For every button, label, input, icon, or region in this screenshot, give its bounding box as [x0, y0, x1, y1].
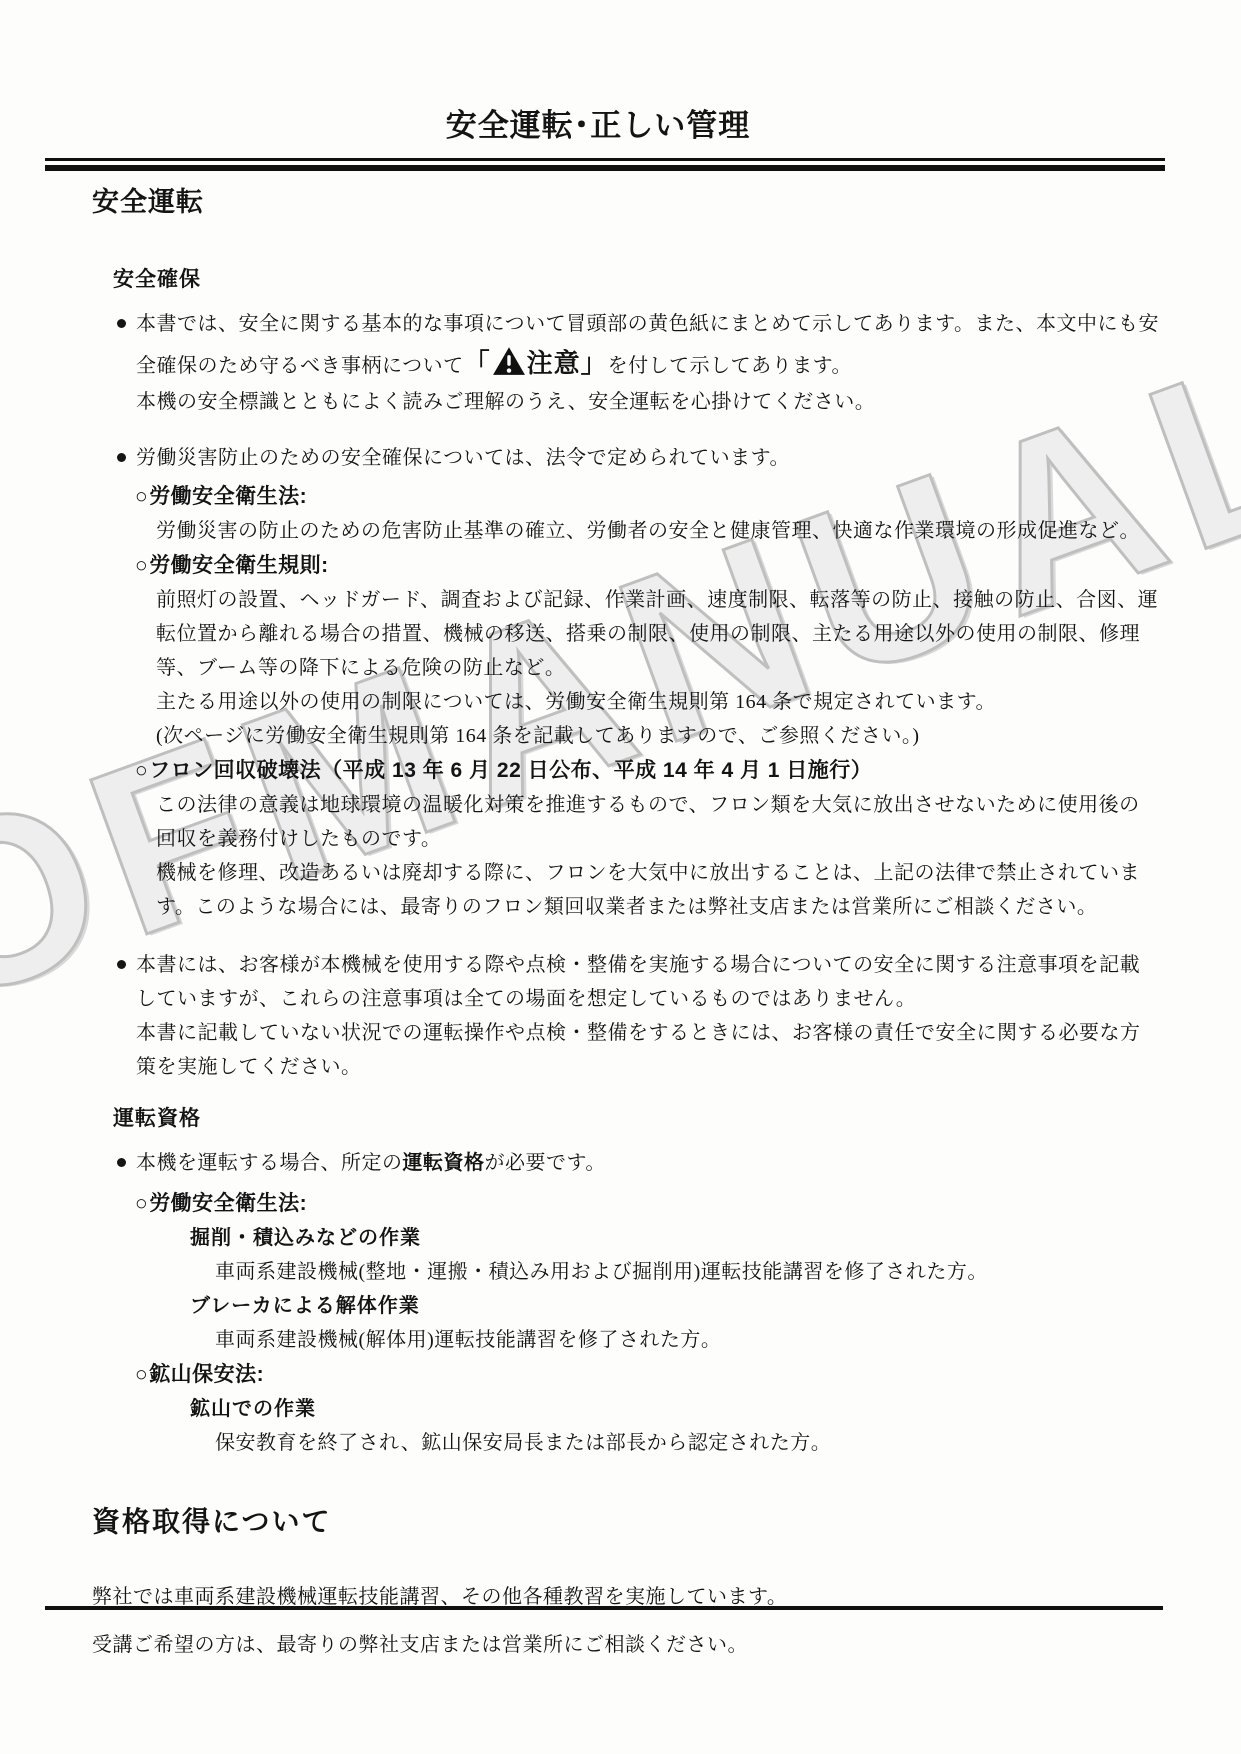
law-title-text: 労働安全衛生法: — [149, 485, 307, 508]
law-body: この法律の意義は地球環境の温暖化対策を推進するもので、フロン類を大気に放出させな… — [156, 788, 1160, 856]
law-item-industrial-safety-health-rules: ○労働安全衛生規則: — [135, 548, 1160, 583]
law-body: 前照灯の設置、ヘッドガード、調査および記録、作業計画、速度制限、転落等の防止、接… — [156, 583, 1160, 685]
law-body: 主たる用途以外の使用の制限については、労働安全衛生規則第 164 条で規定されて… — [156, 685, 1160, 719]
law-title-text: 労働安全衛生法: — [149, 1192, 307, 1215]
circle-marker-icon: ○ — [135, 1363, 148, 1386]
paragraph-text: 本機を運転する場合、所定の — [136, 1152, 403, 1174]
law-body: 労働災害の防止のための危害防止基準の確立、労働者の安全と健康管理、快適な作業環境… — [156, 514, 1160, 548]
open-bracket: 「 — [464, 348, 491, 378]
law-item-mine-safety-act: ○鉱山保安法: — [135, 1357, 1160, 1392]
close-bracket: 」 — [581, 348, 608, 378]
work-type-mine-work: 鉱山での作業 — [190, 1392, 1160, 1426]
law-item-fluorocarbon-recovery-act: ○フロン回収破壊法（平成 13 年 6 月 22 日公布、平成 14 年 4 月… — [135, 753, 1160, 788]
paragraph: 本機の安全標識とともによく読みご理解のうえ、安全運転を心掛けてください。 — [136, 385, 1160, 419]
law-body: (次ページに労働安全衛生規則第 164 条を記載してありますので、ご参照ください… — [156, 719, 1160, 753]
law-item-industrial-safety-health-act: ○労働安全衛生法: — [135, 479, 1160, 514]
work-type-requirement: 保安教育を終了され、鉱山保安局長または部長から認定された方。 — [215, 1426, 1160, 1460]
header-divider — [45, 158, 1165, 171]
header-divider-thick-line — [45, 165, 1165, 171]
paragraph: 本書には、お客様が本機械を使用する際や点検・整備を実施する場合についての安全に関… — [136, 948, 1160, 1016]
caution-label: 注意 — [527, 348, 581, 378]
bullet-icon — [117, 1158, 126, 1167]
caution-inline-tag: 「注意」 — [464, 348, 608, 378]
bullet-item-legal-requirements: 労働災害防止のための安全確保については、法令で定められています。 — [92, 441, 1160, 475]
law-title-text: 鉱山保安法: — [149, 1363, 264, 1386]
law-title-text: 労働安全衛生規則: — [149, 554, 329, 577]
law-body: 機械を修理、改造あるいは廃却する際に、フロンを大気中に放出することは、上記の法律… — [156, 856, 1160, 924]
paragraph: 受講ご希望の方は、最寄りの弊社支店または営業所にご相談ください。 — [92, 1628, 1160, 1662]
law-item-industrial-safety-health-act: ○労働安全衛生法: — [135, 1186, 1160, 1221]
work-type-excavation-loading: 掘削・積込みなどの作業 — [190, 1221, 1160, 1255]
footer-divider — [45, 1606, 1163, 1610]
work-type-requirement: 車両系建設機械(整地・運搬・積込み用および掘削用)運転技能講習を修了された方。 — [215, 1255, 1160, 1289]
circle-marker-icon: ○ — [135, 554, 148, 577]
bullet-item-qualification-required: 本機を運転する場合、所定の運転資格が必要です。 — [92, 1146, 1160, 1180]
heading-safety-assurance: 安全確保 — [113, 263, 1160, 293]
heading-safe-operation: 安全運転 — [92, 180, 1160, 219]
bullet-item-manual-overview: 本書では、安全に関する基本的な事項について冒頭部の黄色紙にまとめて示してあります… — [92, 307, 1160, 419]
work-type-requirement: 車両系建設機械(解体用)運転技能講習を修了された方。 — [215, 1323, 1160, 1357]
circle-marker-icon: ○ — [135, 485, 148, 508]
paragraph-text: が必要です。 — [485, 1152, 606, 1174]
law-list: ○労働安全衛生法: 労働災害の防止のための危害防止基準の確立、労働者の安全と健康… — [135, 479, 1160, 924]
circle-marker-icon: ○ — [135, 759, 148, 782]
paragraph-text: を付して示してあります。 — [608, 355, 852, 377]
caution-triangle-icon — [492, 346, 526, 376]
qualification-law-list: ○労働安全衛生法: 掘削・積込みなどの作業 車両系建設機械(整地・運搬・積込み用… — [135, 1186, 1160, 1460]
work-type-breaker-demolition: ブレーカによる解体作業 — [190, 1289, 1160, 1323]
page-title: 安全運転･正しい管理 — [45, 100, 1151, 145]
paragraph: 本機を運転する場合、所定の運転資格が必要です。 — [136, 1146, 1160, 1180]
bullet-icon — [117, 319, 126, 328]
heading-operator-qualification: 運転資格 — [113, 1102, 1160, 1132]
heading-about-obtaining-qualification: 資格取得について — [92, 1500, 1160, 1540]
law-title-text: フロン回収破壊法（平成 13 年 6 月 22 日公布、平成 14 年 4 月 … — [149, 759, 872, 782]
paragraph: 本書に記載していない状況での運転操作や点検・整備をするときには、お客様の責任で安… — [136, 1016, 1160, 1084]
paragraph: 本書では、安全に関する基本的な事項について冒頭部の黄色紙にまとめて示してあります… — [136, 307, 1160, 385]
bullet-item-precaution-scope: 本書には、お客様が本機械を使用する際や点検・整備を実施する場合についての安全に関… — [92, 948, 1160, 1084]
emphasized-text: 運転資格 — [403, 1152, 485, 1174]
page-content: 安全運転 安全確保 本書では、安全に関する基本的な事項について冒頭部の黄色紙にま… — [92, 180, 1160, 1676]
paragraph: 労働災害防止のための安全確保については、法令で定められています。 — [136, 441, 1160, 475]
manual-page: OFMANUAL 安全運転･正しい管理 安全運転 安全確保 本書では、安全に関す… — [0, 0, 1241, 1754]
circle-marker-icon: ○ — [135, 1192, 148, 1215]
bullet-icon — [117, 453, 126, 462]
header-divider-thin-line — [45, 158, 1165, 161]
bullet-icon — [117, 960, 126, 969]
